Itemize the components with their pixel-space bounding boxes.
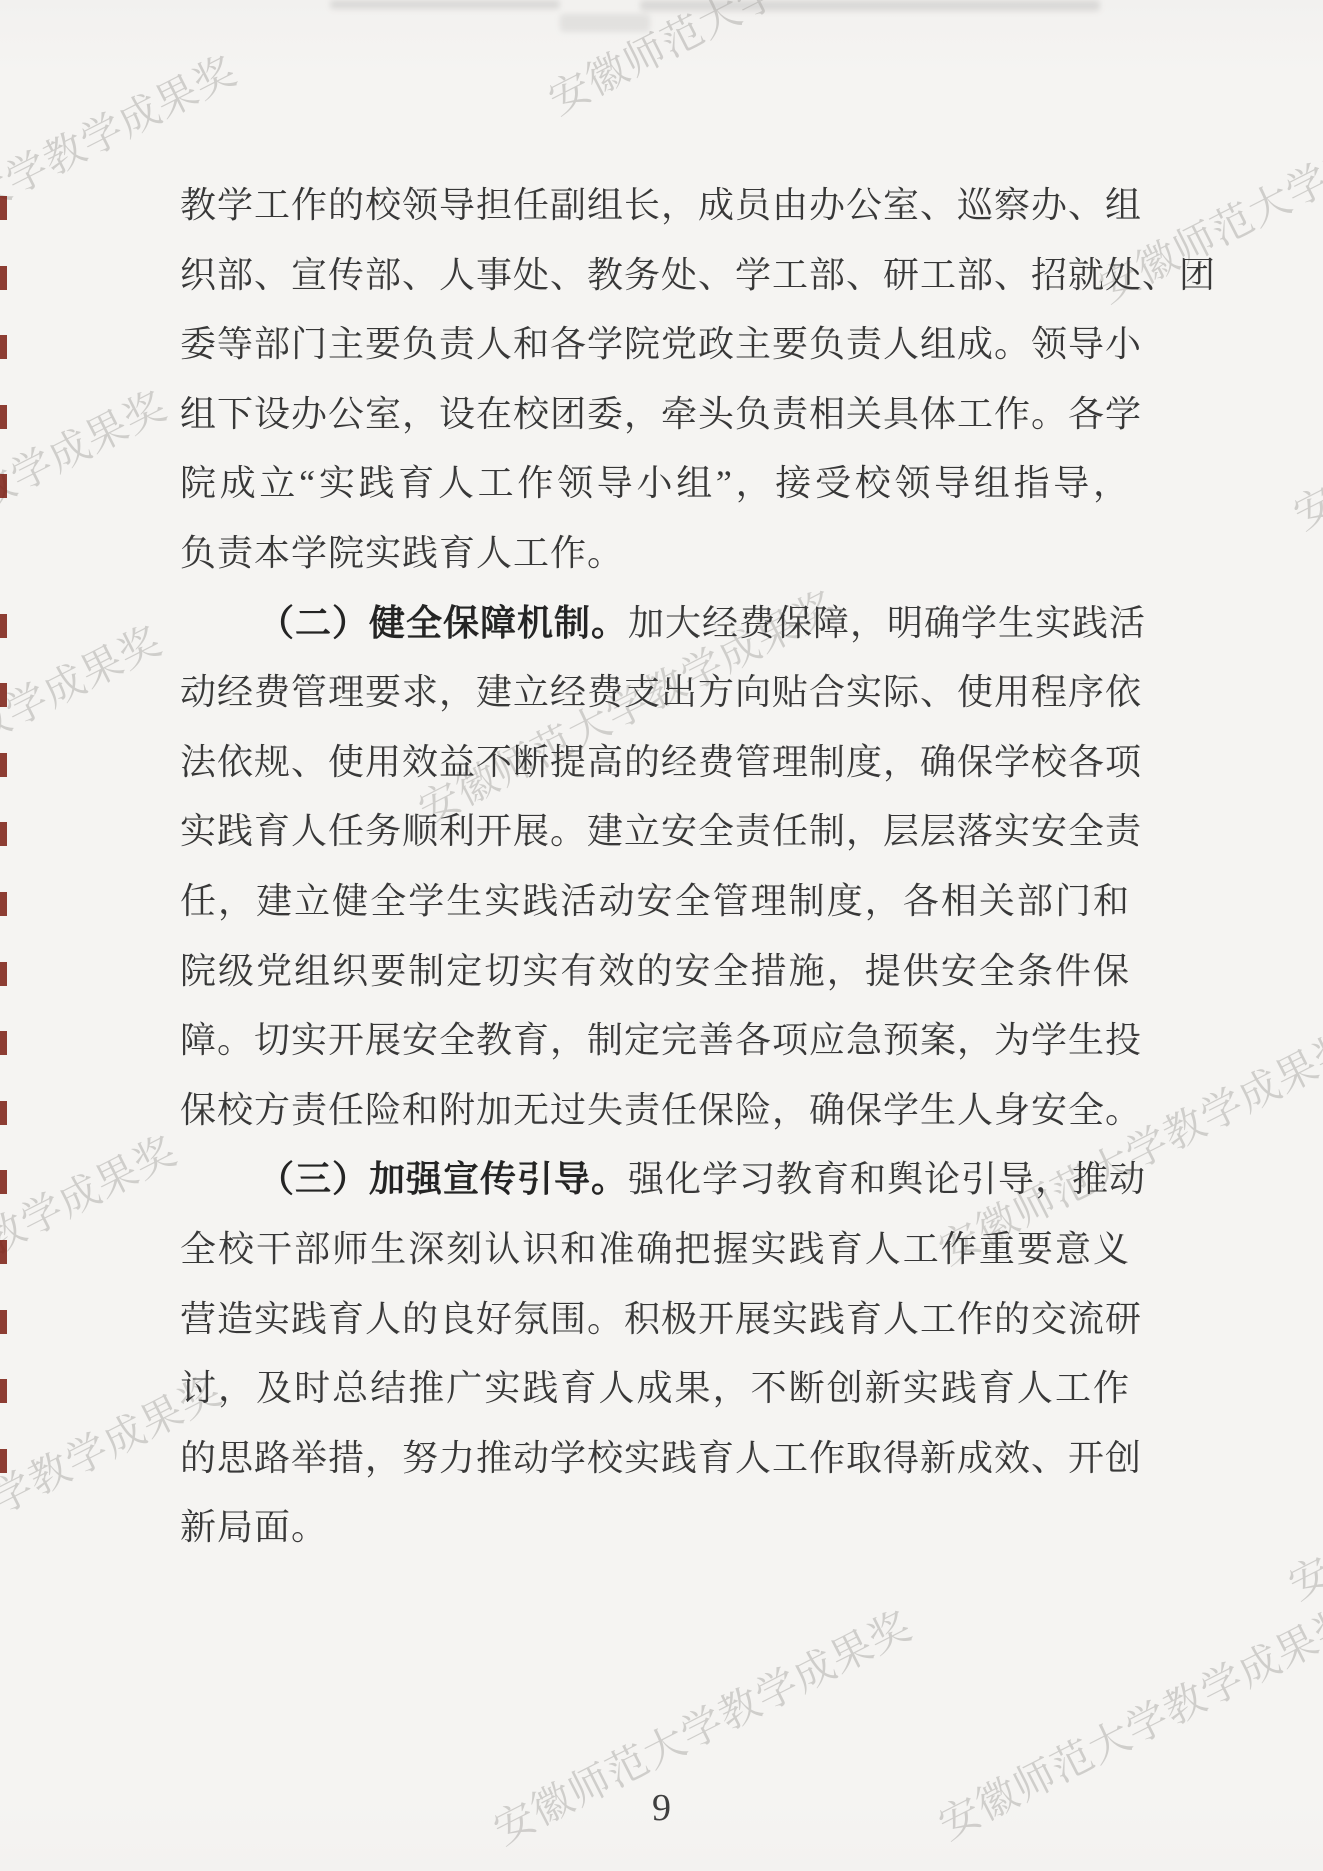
regular-text-run: 障。切实开展安全教育，制定完善各项应急预案，为学生投 — [180, 1020, 1142, 1060]
text-line: 营造实践育人的良好氛围。积极开展实践育人工作的交流研 — [180, 1285, 1130, 1355]
regular-text-run: 讨，及时总结推广实践育人成果，不断创新实践育人工作 — [180, 1368, 1130, 1408]
body-text: 教学工作的校领导担任副组长，成员由办公室、巡察办、组织部、宣传部、人事处、教务处… — [180, 171, 1130, 1563]
regular-text-run: 织部、宣传部、人事处、教务处、学工部、研工部、招就处、团 — [180, 255, 1216, 295]
regular-text-run: 保校方责任险和附加无过失责任保险，确保学生人身安全。 — [180, 1090, 1142, 1130]
regular-text-run: 新局面。 — [180, 1507, 328, 1547]
text-line: 院级党组织要制定切实有效的安全措施，提供安全条件保 — [180, 937, 1130, 1007]
edge-artifact-dash — [0, 1031, 7, 1055]
text-line: 全校干部师生深刻认识和准确把握实践育人工作重要意义 — [180, 1215, 1130, 1285]
regular-text-run: 营造实践育人的良好氛围。积极开展实践育人工作的交流研 — [180, 1299, 1142, 1339]
text-line: （三）加强宣传引导。强化学习教育和舆论引导，推动 — [180, 1145, 1130, 1215]
text-line: 院成立“实践育人工作领导小组”，接受校领导组指导， — [180, 449, 1130, 519]
text-line: 法依规、使用效益不断提高的经费管理制度，确保学校各项 — [180, 728, 1130, 798]
regular-text-run: 院成立“实践育人工作领导小组”，接受校领导组指导， — [180, 463, 1130, 503]
edge-artifact-dash — [0, 683, 7, 707]
edge-artifact-dash — [0, 822, 7, 846]
edge-artifact-dash — [0, 335, 7, 359]
watermark-text: 安徽师范大学教学成果奖 — [1282, 278, 1323, 540]
text-line: 任，建立健全学生实践活动安全管理制度，各相关部门和 — [180, 867, 1130, 937]
regular-text-run: 教学工作的校领导担任副组长，成员由办公室、巡察办、组 — [180, 185, 1142, 225]
edge-artifact-dash — [0, 1310, 7, 1334]
text-line: 教学工作的校领导担任副组长，成员由办公室、巡察办、组 — [180, 171, 1130, 241]
regular-text-run: 委等部门主要负责人和各学院党政主要负责人组成。领导小 — [180, 324, 1142, 364]
regular-text-run: 院级党组织要制定切实有效的安全措施，提供安全条件保 — [180, 951, 1130, 991]
regular-text-run: 法依规、使用效益不断提高的经费管理制度，确保学校各项 — [180, 742, 1142, 782]
edge-artifact-dash — [0, 266, 7, 290]
scan-smudge — [330, 0, 560, 9]
edge-artifact-dash — [0, 1240, 7, 1264]
text-line: （二）健全保障机制。加大经费保障，明确学生实践活 — [180, 589, 1130, 659]
watermark-text: 安徽师范大学教学成果奖 — [0, 608, 170, 870]
text-line: 组下设办公室，设在校团委，牵头负责相关具体工作。各学 — [180, 380, 1130, 450]
document-page: 安徽师范大学教学成果奖安徽师范大学教学成果奖安徽师范大学教学成果奖安徽师范大学教… — [0, 0, 1323, 1871]
scan-smudge — [560, 14, 650, 32]
text-line: 障。切实开展安全教育，制定完善各项应急预案，为学生投 — [180, 1006, 1130, 1076]
text-line: 动经费管理要求，建立经费支出方向贴合实际、使用程序依 — [180, 658, 1130, 728]
regular-text-run: 强化学习教育和舆论引导，推动 — [628, 1159, 1146, 1199]
edge-artifact-dash — [0, 405, 7, 429]
edge-artifact-dash — [0, 614, 7, 638]
watermark-text: 安徽师范大学教学成果奖 — [0, 373, 175, 635]
bold-text-run: （二）健全保障机制。 — [258, 603, 628, 643]
text-line: 的思路举措，努力推动学校实践育人工作取得新成效、开创 — [180, 1424, 1130, 1494]
edge-artifact-dash — [0, 1101, 7, 1125]
bold-text-run: （三）加强宣传引导。 — [258, 1159, 628, 1199]
watermark-text: 安徽师范大学教学成果奖 — [1277, 1348, 1323, 1610]
regular-text-run: 动经费管理要求，建立经费支出方向贴合实际、使用程序依 — [180, 672, 1142, 712]
regular-text-run: 全校干部师生深刻认识和准确把握实践育人工作重要意义 — [180, 1229, 1130, 1269]
edge-artifact-dash — [0, 196, 7, 220]
text-line: 新局面。 — [180, 1493, 1130, 1563]
scan-smudge — [640, 0, 1100, 11]
regular-text-run: 实践育人任务顺利开展。建立安全责任制，层层落实安全责 — [180, 811, 1142, 851]
edge-artifact-dash — [0, 1170, 7, 1194]
regular-text-run: 加大经费保障，明确学生实践活 — [628, 603, 1146, 643]
edge-artifact-dash — [0, 962, 7, 986]
regular-text-run: 组下设办公室，设在校团委，牵头负责相关具体工作。各学 — [180, 394, 1142, 434]
text-line: 负责本学院实践育人工作。 — [180, 519, 1130, 589]
page-number: 9 — [0, 1786, 1323, 1830]
text-line: 讨，及时总结推广实践育人成果，不断创新实践育人工作 — [180, 1354, 1130, 1424]
text-line: 保校方责任险和附加无过失责任保险，确保学生人身安全。 — [180, 1076, 1130, 1146]
text-line: 实践育人任务顺利开展。建立安全责任制，层层落实安全责 — [180, 797, 1130, 867]
watermark-text: 安徽师范大学教学成果奖 — [0, 1118, 185, 1380]
edge-artifact-dash — [0, 753, 7, 777]
edge-artifact-dash — [0, 1449, 7, 1473]
edge-artifact-dash — [0, 892, 7, 916]
edge-artifact-dash — [0, 1379, 7, 1403]
regular-text-run: 任，建立健全学生实践活动安全管理制度，各相关部门和 — [180, 881, 1130, 921]
text-line: 织部、宣传部、人事处、教务处、学工部、研工部、招就处、团 — [180, 241, 1130, 311]
regular-text-run: 的思路举措，努力推动学校实践育人工作取得新成效、开创 — [180, 1438, 1142, 1478]
edge-artifact-dash — [0, 474, 7, 498]
regular-text-run: 负责本学院实践育人工作。 — [180, 533, 624, 573]
text-line: 委等部门主要负责人和各学院党政主要负责人组成。领导小 — [180, 310, 1130, 380]
